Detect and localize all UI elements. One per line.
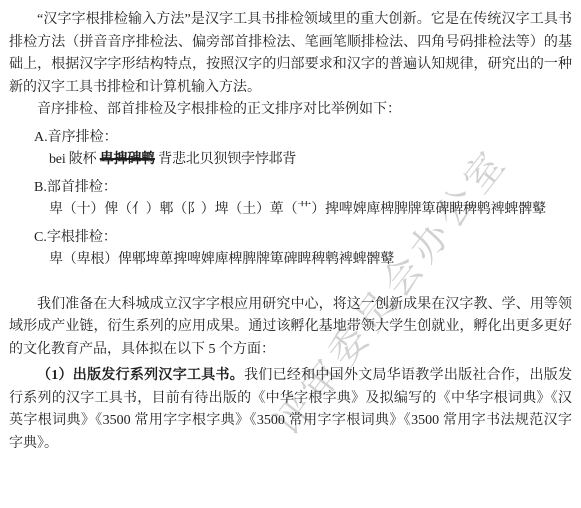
plan-paragraph: 我们准备在大科城成立汉字字根应用研究中心，将这一创新成果在汉字教、学、用等领域形… (9, 294, 572, 362)
item1-title: （1）出版发行系列汉字工具书。 (37, 368, 244, 383)
section-c-content: 卑（卑根）俾郫埤萆捭啤婢庳椑脾牌箄碑睥稗鹎裨蜱髀鼙 (9, 249, 572, 272)
pinyin-example-highlight: 卑捭碑鹎 (100, 152, 155, 167)
intro-paragraph: “汉字字根排检输入方法”是汉字工具书排检领域里的重大创新。它是在传统汉字工具书排… (9, 9, 572, 99)
compare-intro-line: 音序排检、部首排检及字根排检的正文排序对比举例如下： (9, 99, 572, 122)
document-page: 评审委员会办公室 “汉字字根排检输入方法”是汉字工具书排检领域里的重大创新。它是… (0, 0, 581, 508)
section-c-label: C.字根排检： (9, 227, 572, 250)
section-a-content: bei 陂杯 卑捭碑鹎 背悲北贝狈钡孛悖邶背 (9, 149, 572, 172)
document-body: “汉字字根排检输入方法”是汉字工具书排检领域里的重大创新。它是在传统汉字工具书排… (0, 0, 581, 455)
pinyin-example-suffix: 背悲北贝狈钡孛悖邶背 (155, 152, 296, 167)
section-b-content: 卑（十）俾（亻）郫（阝）埤（土）萆（艹）捭啤婢庳椑脾牌箄碑睥稗鹎裨蜱髀鼙 (9, 199, 572, 222)
pinyin-example-prefix: bei 陂杯 (49, 152, 100, 167)
item1-paragraph: （1）出版发行系列汉字工具书。我们已经和中国外文局华语教学出版社合作，出版发行系… (9, 365, 572, 455)
section-a-label: A.音序排检： (9, 127, 572, 150)
section-b-label: B.部首排检： (9, 177, 572, 200)
